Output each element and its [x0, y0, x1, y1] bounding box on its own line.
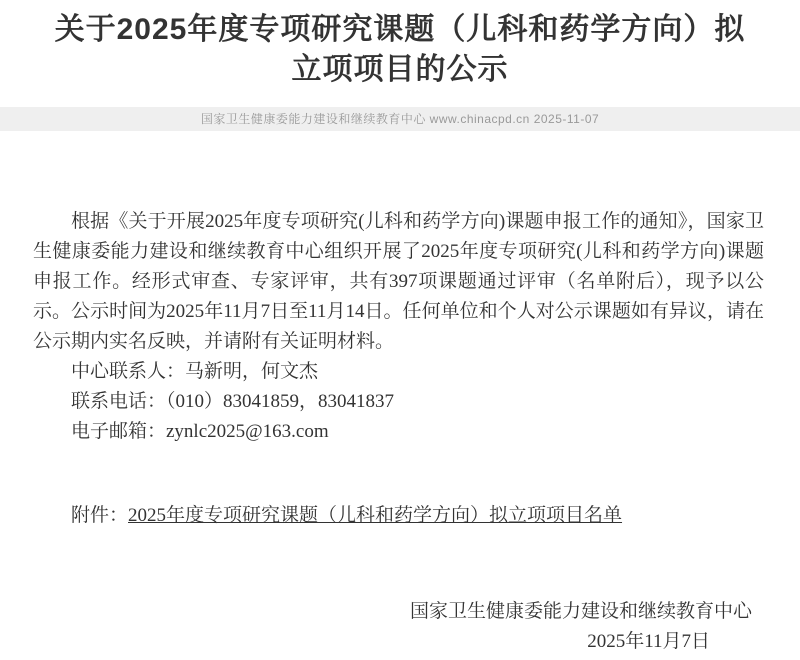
signature-org: 国家卫生健康委能力建设和继续教育中心: [33, 597, 764, 627]
page-title: 关于2025年度专项研究课题（儿科和药学方向）拟立项项目的公示: [50, 10, 750, 90]
attachment-link[interactable]: 2025年度专项研究课题（儿科和药学方向）拟立项项目名单: [128, 505, 622, 526]
signature-block: 国家卫生健康委能力建设和继续教育中心 2025年11月7日: [33, 597, 764, 657]
attachment-line: 附件：2025年度专项研究课题（儿科和药学方向）拟立项项目名单: [33, 501, 764, 531]
title-block: 关于2025年度专项研究课题（儿科和药学方向）拟立项项目的公示: [0, 0, 800, 90]
attachment-label: 附件：: [71, 505, 128, 526]
announcement-paragraph: 根据《关于开展2025年度专项研究(儿科和药学方向)课题申报工作的通知》，国家卫…: [33, 207, 764, 357]
contact-phone-line: 联系电话：（010）83041859，83041837: [33, 387, 764, 417]
contact-person-line: 中心联系人：马新明，何文杰: [33, 357, 764, 387]
signature-date: 2025年11月7日: [33, 627, 764, 657]
announcement-article: 根据《关于开展2025年度专项研究(儿科和药学方向)课题申报工作的通知》，国家卫…: [33, 207, 764, 657]
meta-bar: 国家卫生健康委能力建设和继续教育中心 www.chinacpd.cn 2025-…: [0, 107, 800, 131]
meta-source-line: 国家卫生健康委能力建设和继续教育中心 www.chinacpd.cn 2025-…: [201, 112, 599, 126]
contact-email-line: 电子邮箱：zynlc2025@163.com: [33, 417, 764, 447]
